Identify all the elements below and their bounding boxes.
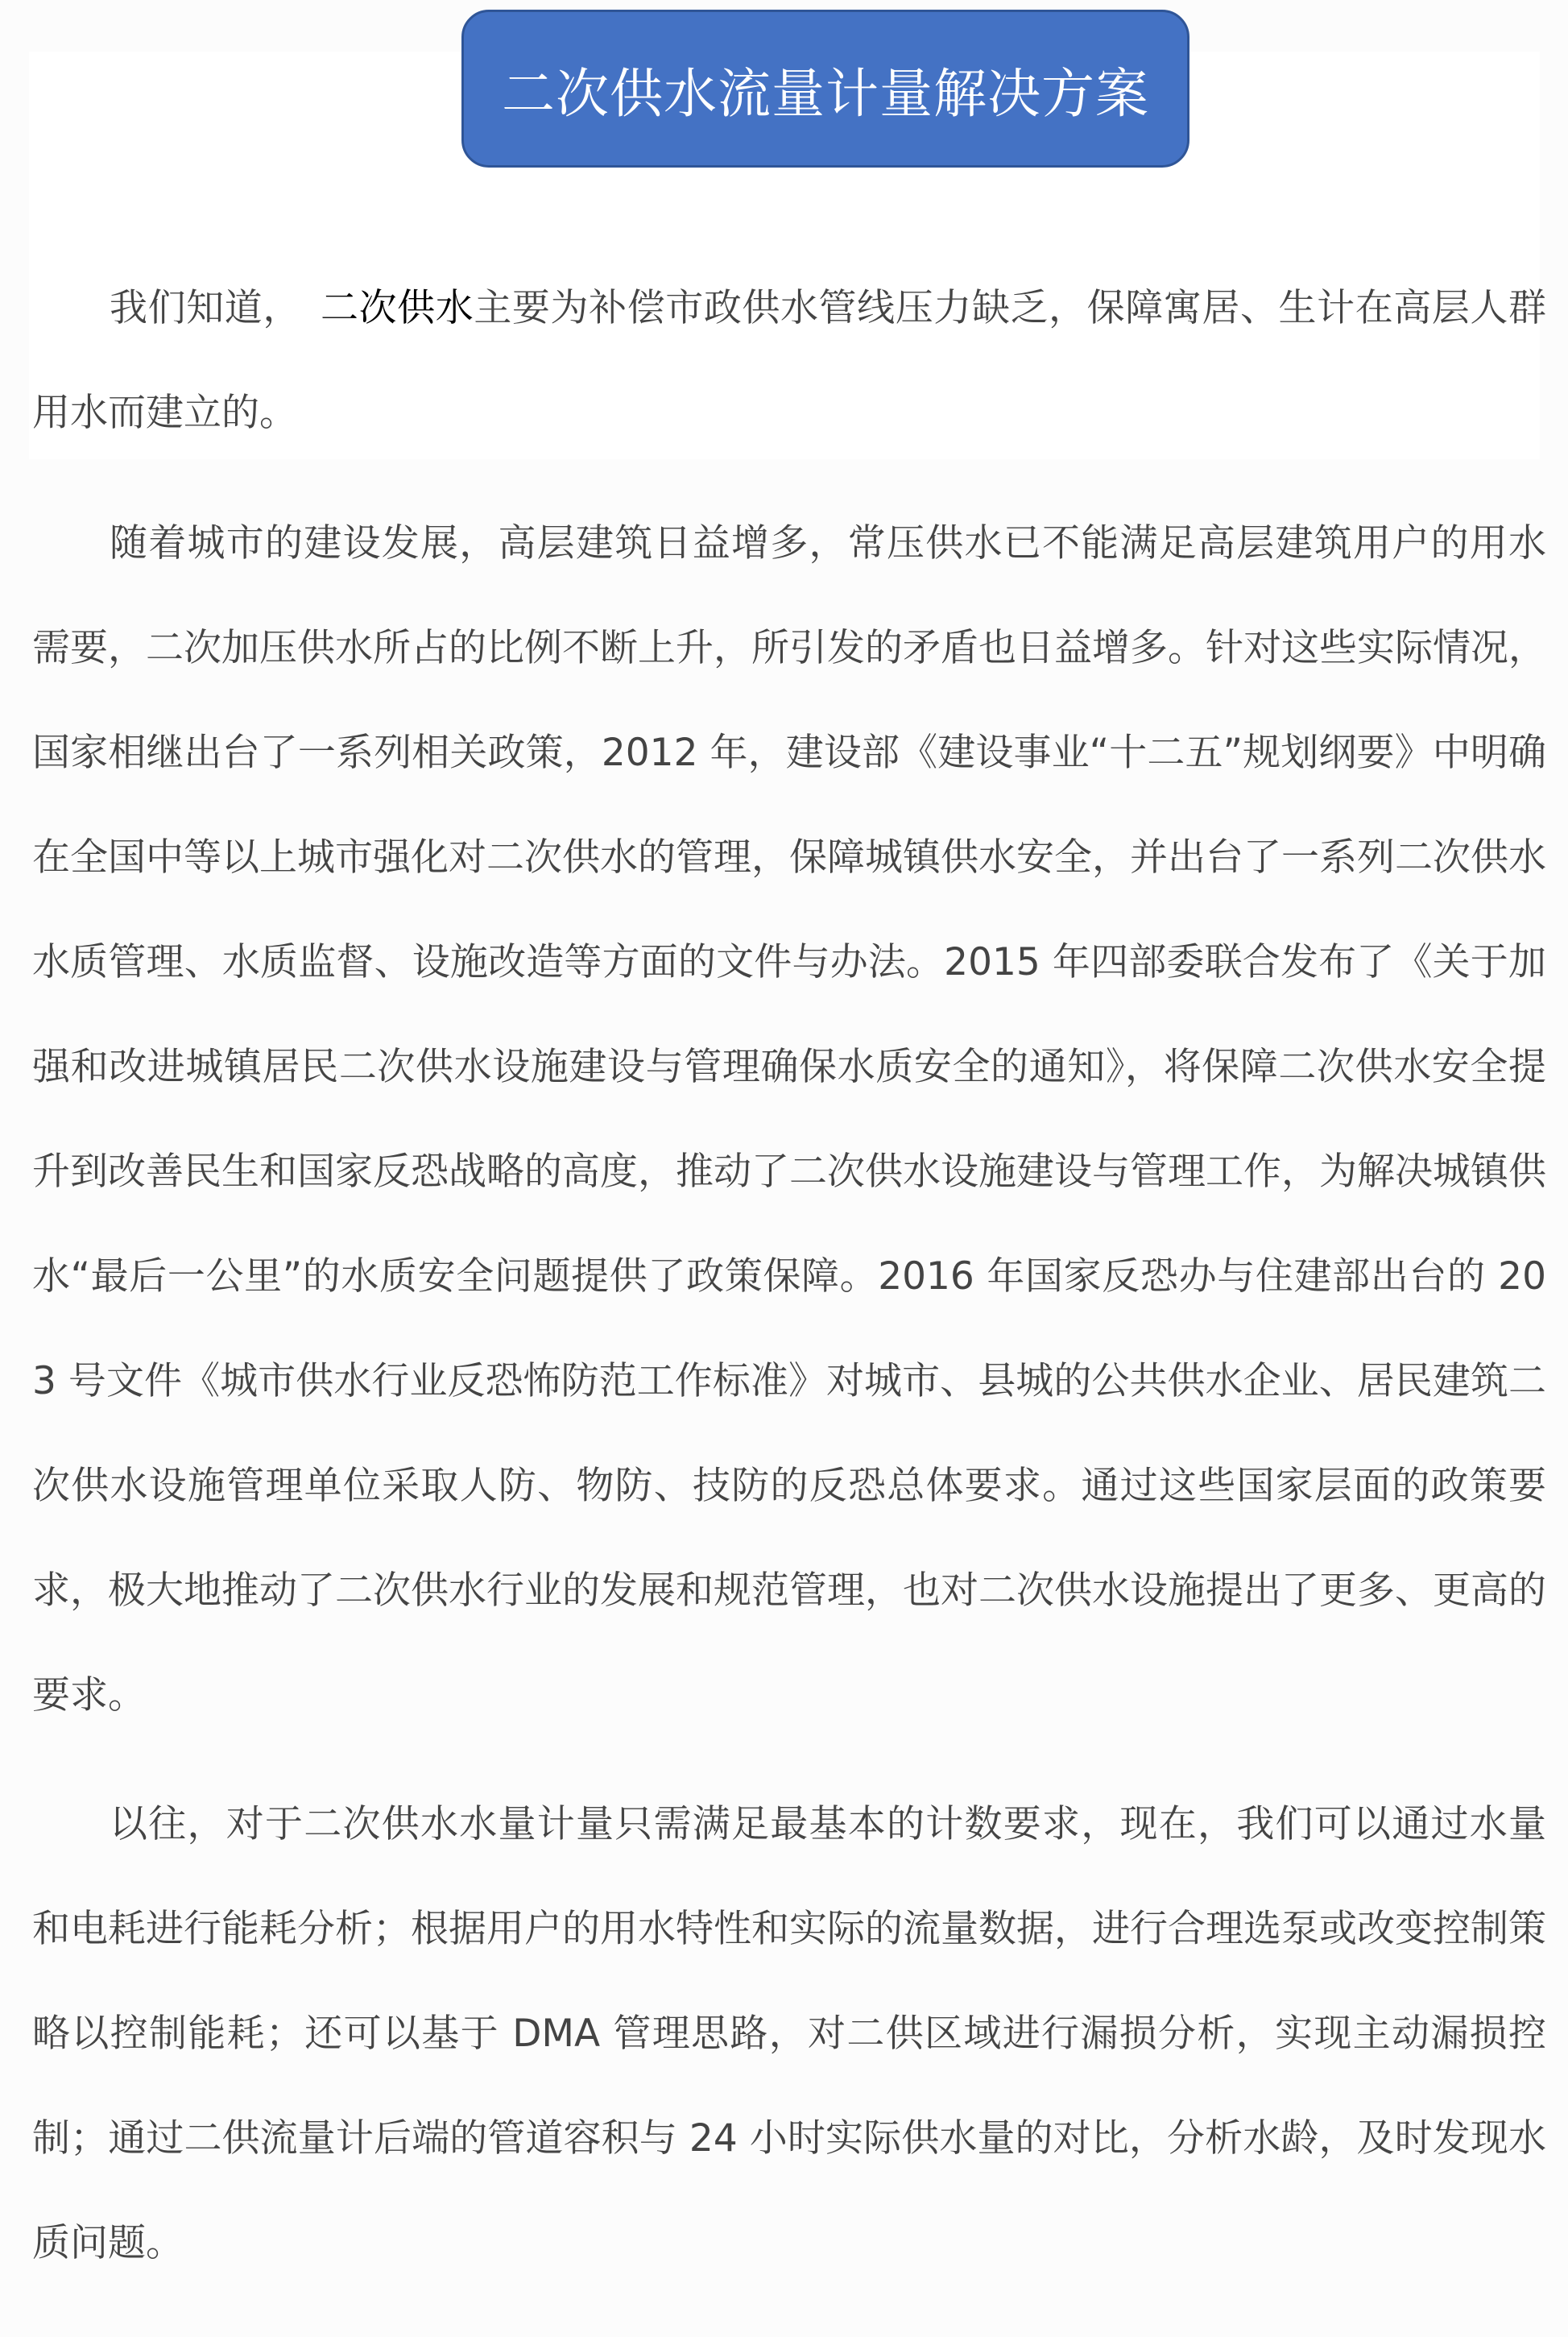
paragraph-policy-background: 随着城市的建设发展，高层建筑日益增多，常压供水已不能满足高层建筑用户的用水需要，… [32, 491, 1546, 1748]
page-title: 二次供水流量计量解决方案 [502, 51, 1149, 127]
paragraph-intro: 我们知道， 二次供水主要为补偿市政供水管线压力缺乏，保障寓居、生计在高层人群用水… [32, 256, 1546, 466]
secondary-water-supply-link[interactable]: 二次供水 [321, 286, 474, 330]
paragraph-metering-analysis: 以往，对于二次供水水量计量只需满足最基本的计数要求，现在，我们可以通过水量和电耗… [32, 1772, 1546, 2296]
title-banner: 二次供水流量计量解决方案 [461, 10, 1189, 168]
intro-text-before: 我们知道， [110, 286, 321, 330]
